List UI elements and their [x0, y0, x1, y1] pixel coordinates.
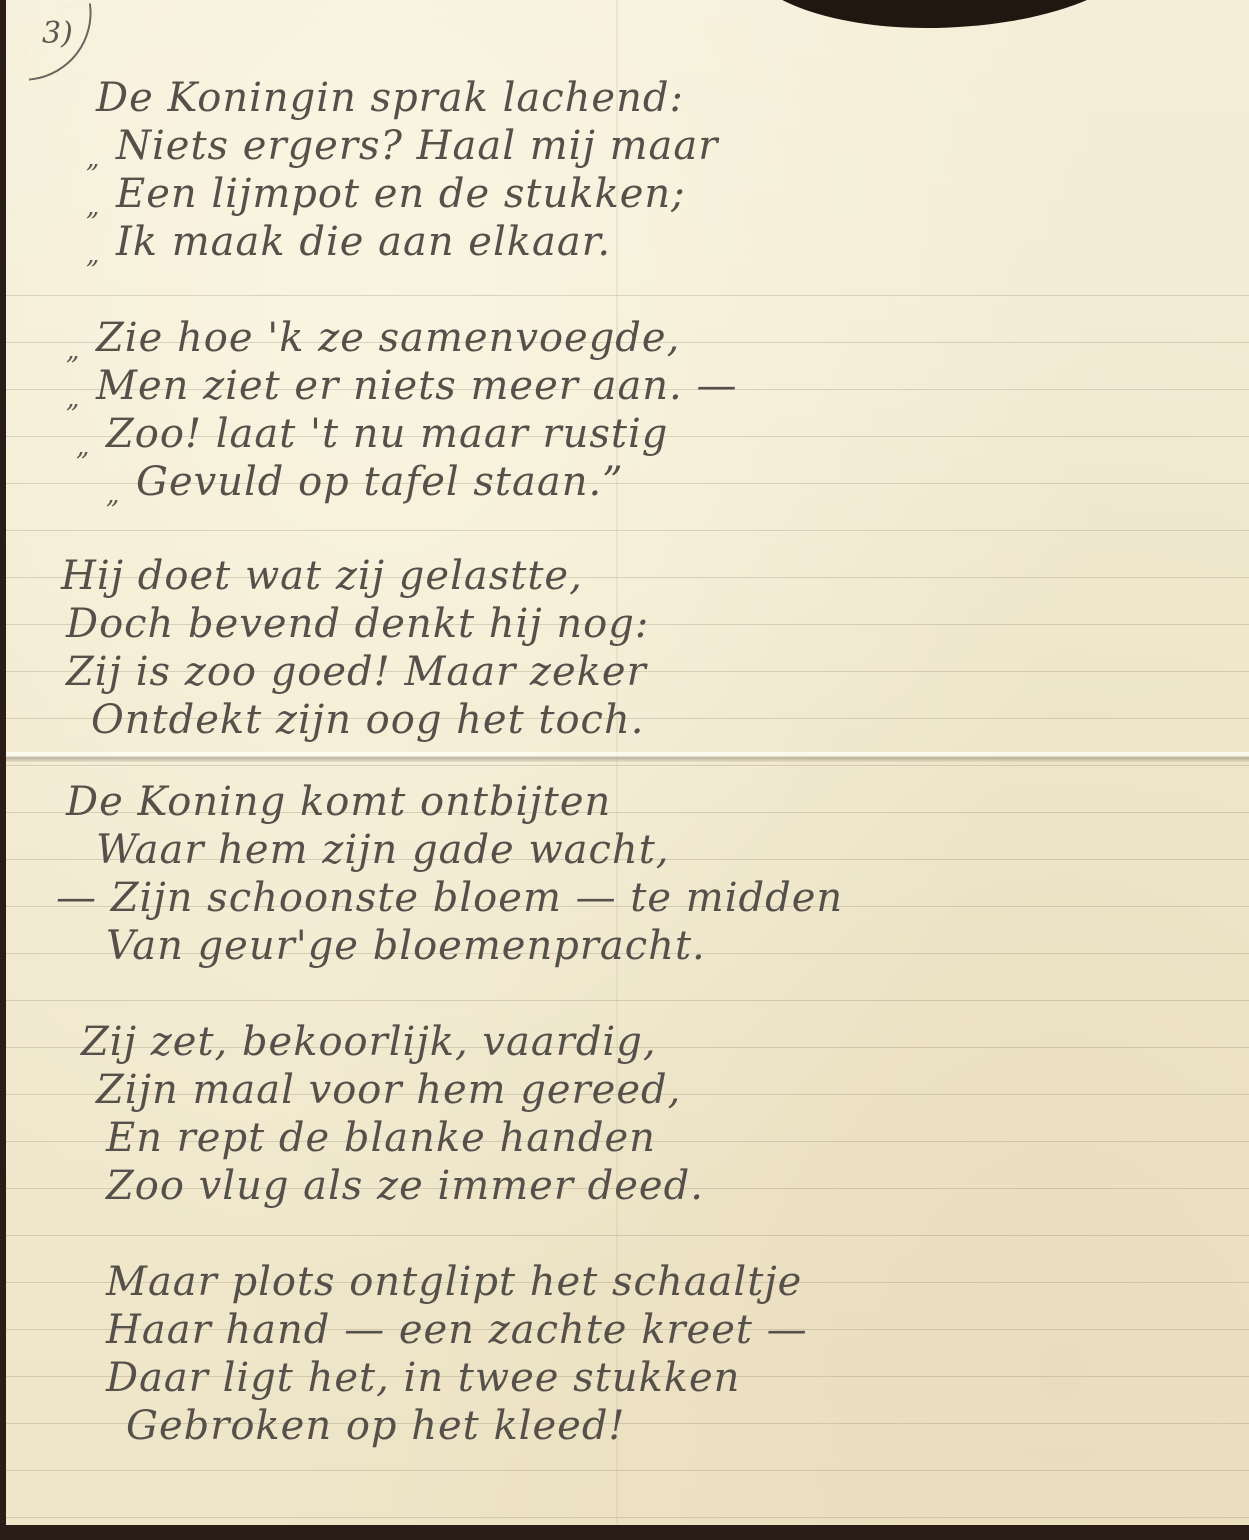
- rule-line: [6, 530, 1249, 531]
- poem-line: De Koningin sprak lachend:: [96, 78, 684, 118]
- torn-corner: [746, 0, 1146, 28]
- ditto-mark: „: [76, 432, 89, 462]
- rule-line: [6, 1470, 1249, 1471]
- poem-line: Hij doet wat zij gelastte,: [61, 556, 583, 596]
- poem-line: Ik maak die aan elkaar.: [116, 222, 611, 262]
- poem-line: Maar plots ontglipt het schaaltje: [106, 1262, 802, 1302]
- poem-line: Daar ligt het, in twee stukken: [106, 1358, 740, 1398]
- ditto-mark: „: [86, 192, 99, 222]
- poem-line: — Zijn schoonste bloem — te midden: [56, 878, 843, 918]
- handwritten-page: 3) De Koningin sprak lachend:„Niets erge…: [6, 0, 1249, 1525]
- ditto-mark: „: [86, 144, 99, 174]
- poem-line: Zoo vlug als ze immer deed.: [106, 1166, 704, 1206]
- poem-line: Haar hand — een zachte kreet —: [106, 1310, 808, 1350]
- poem-line: Een lijmpot en de stukken;: [116, 174, 686, 214]
- ditto-mark: „: [86, 240, 99, 270]
- poem-line: Zij zet, bekoorlijk, vaardig,: [81, 1022, 657, 1062]
- poem-line: Waar hem zijn gade wacht,: [96, 830, 669, 870]
- horizontal-fold-crease: [6, 752, 1249, 762]
- poem-line: En rept de blanke handen: [106, 1118, 656, 1158]
- ditto-mark: „: [66, 336, 79, 366]
- poem-line: Ontdekt zijn oog het toch.: [91, 700, 644, 740]
- poem-line: Men ziet er niets meer aan. —: [96, 366, 737, 406]
- poem-line: Zoo! laat 't nu maar rustig: [106, 414, 668, 454]
- rule-line: [6, 1000, 1249, 1001]
- rule-line: [6, 295, 1249, 296]
- poem-line: Niets ergers? Haal mij maar: [116, 126, 718, 166]
- poem-line: Zij is zoo goed! Maar zeker: [66, 652, 647, 692]
- poem-line: Zie hoe 'k ze samenvoegde,: [96, 318, 680, 358]
- poem-line: Gevuld op tafel staan.”: [136, 462, 624, 502]
- poem-line: Gebroken op het kleed!: [126, 1406, 626, 1446]
- rule-line: [6, 1517, 1249, 1518]
- poem-line: Zijn maal voor hem gereed,: [96, 1070, 681, 1110]
- poem-line: Doch bevend denkt hij nog:: [66, 604, 649, 644]
- poem-line: Van geur'ge bloemenpracht.: [106, 926, 706, 966]
- ditto-mark: „: [106, 480, 119, 510]
- rule-line: [6, 1235, 1249, 1236]
- page-number: 3): [42, 16, 73, 51]
- poem-line: De Koning komt ontbijten: [66, 782, 611, 822]
- ditto-mark: „: [66, 384, 79, 414]
- rule-line: [6, 765, 1249, 766]
